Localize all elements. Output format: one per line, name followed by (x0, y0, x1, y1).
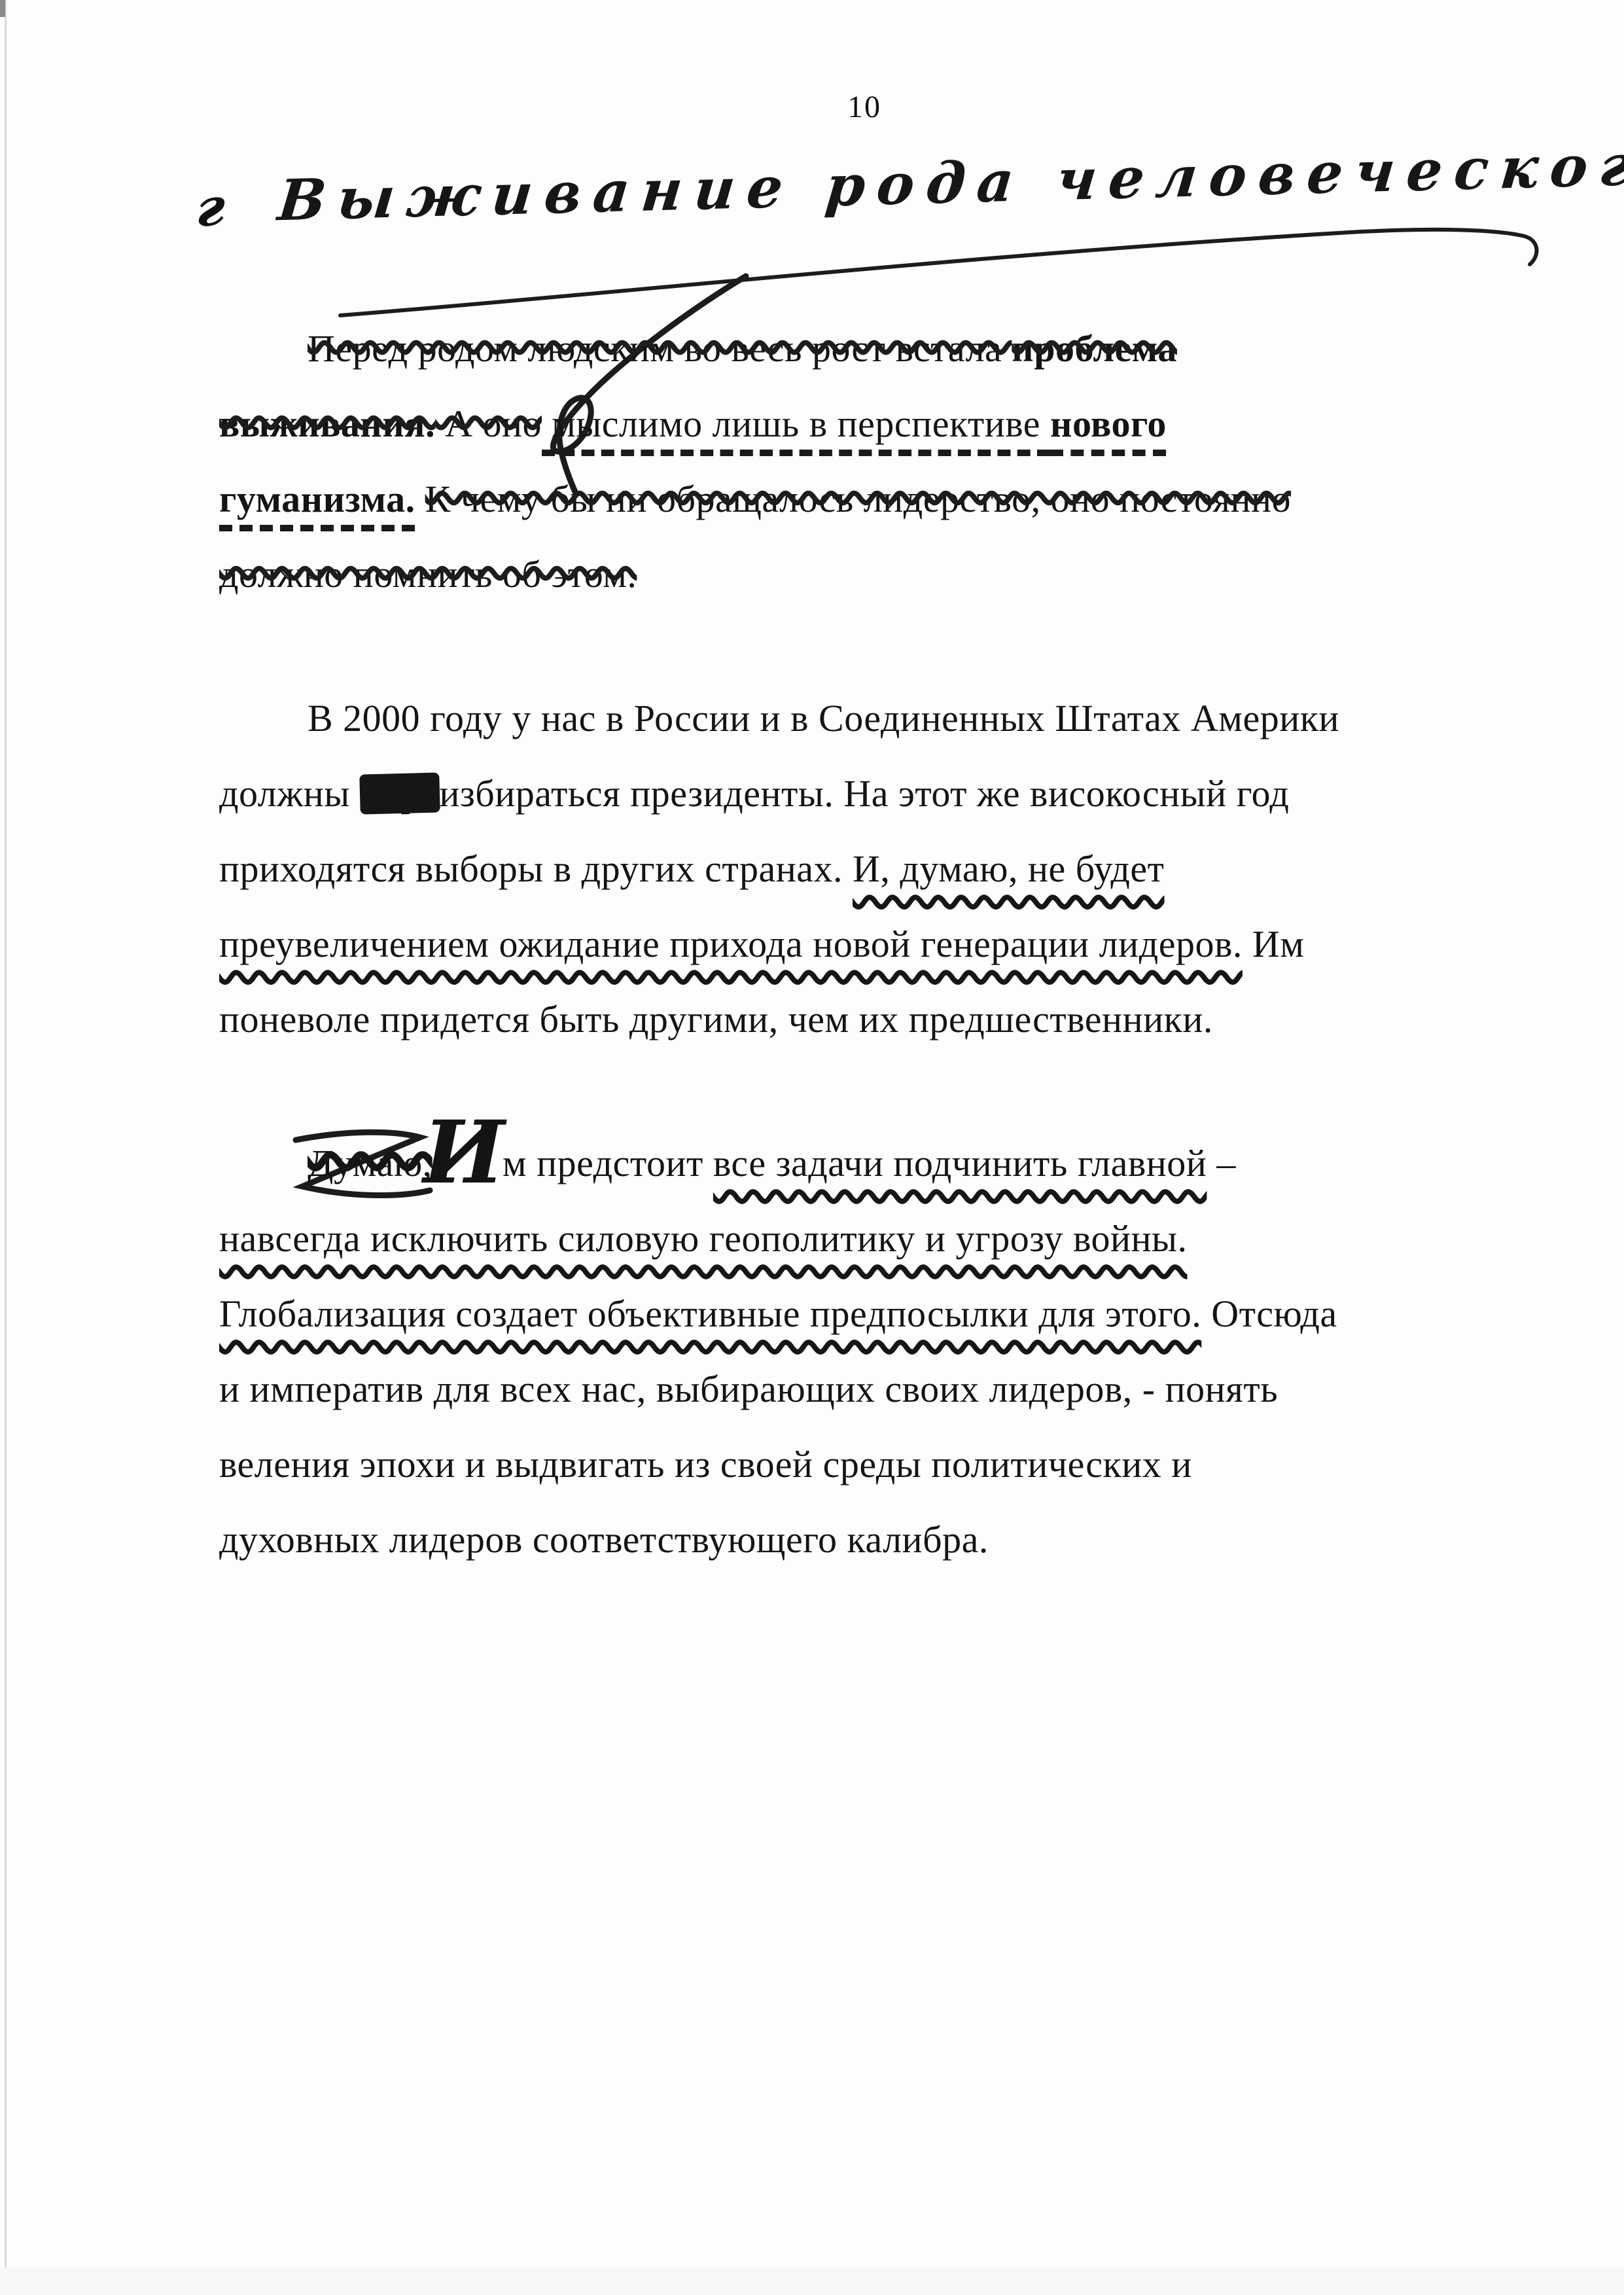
text-line: преувеличением ожидание прихода новой ге… (219, 906, 1547, 982)
scan-edge-line (5, 0, 7, 2295)
text-segment (415, 478, 425, 520)
text-segment: нового (1050, 402, 1167, 445)
text-segment: избираться президенты. На этот же високо… (439, 772, 1289, 815)
text-segment: веления эпохи и выдвигать из своей среды… (219, 1443, 1192, 1486)
text-line: Думаю,Им предстоит все задачи подчинить … (219, 1126, 1547, 1201)
text-segment: проблема (1012, 327, 1177, 370)
text-line: веления эпохи и выдвигать из своей среды… (219, 1427, 1547, 1502)
text-segment: И, думаю, не будет (853, 847, 1165, 890)
text-segment: В 2000 году у нас в России и в Соединенн… (308, 697, 1339, 739)
scanned-page: 10 г Выживание рода человеческого Перед … (0, 0, 1624, 2295)
text-segment: навсегда исключить силовую геополитику и… (219, 1217, 1188, 1260)
text-line: духовных лидеров соответствующего калибр… (219, 1502, 1547, 1577)
handwritten-title: Выживание рода человеческого (275, 131, 1624, 234)
text-segment: и императив для всех нас, выбирающих сво… (219, 1368, 1278, 1410)
scan-artifact-bottom (0, 2268, 1624, 2295)
text-segment: мыслимо лишь в перспективе (542, 402, 1050, 445)
text-line: приходятся выборы в других странах. И, д… (219, 831, 1547, 906)
paragraph-1: Перед родом людским во весь рост встала … (219, 311, 1547, 612)
paragraph-2: В 2000 году у нас в России и в Соединенн… (219, 681, 1547, 1057)
text-segment: преувеличением ожидание прихода новой ге… (219, 923, 1243, 965)
text-segment: духовных лидеров соответствующего калибр… (219, 1518, 989, 1561)
text-segment: приходятся выборы в других странах. (219, 847, 853, 890)
text-segment: должны (219, 772, 360, 815)
text-segment: – (1207, 1142, 1236, 1184)
text-segment: Глобализация создает объективные предпос… (219, 1292, 1201, 1335)
text-line: В 2000 году у нас в России и в Соединенн… (219, 681, 1547, 756)
text-line: должно помнить об этом. (219, 537, 1547, 612)
text-segment: гуманизма. (219, 478, 415, 520)
text-segment: А оно (435, 402, 542, 445)
text-line: и императив для всех нас, выбирающих сво… (219, 1351, 1547, 1427)
scribbled-out-text: пере (359, 772, 440, 814)
text-line: гуманизма. К чему бы ни обращалось лидер… (219, 461, 1547, 537)
text-segment: должно помнить об этом. (219, 553, 637, 596)
text-line: навсегда исключить силовую геополитику и… (219, 1201, 1547, 1276)
text-line: должны переизбираться президенты. На это… (219, 756, 1547, 831)
text-segment: м предстоит (503, 1142, 713, 1184)
text-segment: поневоле придется быть другими, чем их п… (219, 998, 1213, 1041)
text-segment: К чему бы ни обращалось лидерство, оно п… (425, 478, 1291, 520)
text-segment: выживания. (219, 402, 435, 445)
title-flourish-stroke (340, 230, 1536, 315)
handwritten-margin-mark: г (196, 176, 226, 239)
inserted-capital-letter: И (423, 1102, 505, 1203)
text-line: Глобализация создает объективные предпос… (219, 1276, 1547, 1351)
text-line: поневоле придется быть другими, чем их п… (219, 982, 1547, 1057)
page-number: 10 (847, 89, 881, 125)
text-segment: Отсюда (1201, 1292, 1337, 1335)
text-segment: Перед родом людским во весь рост встала (308, 327, 1012, 370)
paragraph-3: Думаю,Им предстоит все задачи подчинить … (219, 1126, 1547, 1577)
typewritten-text: Перед родом людским во весь рост встала … (219, 311, 1547, 1646)
text-line: выживания. А оно мыслимо лишь в перспект… (219, 386, 1547, 461)
scan-artifact-corner (0, 0, 5, 17)
text-segment: все задачи подчинить главной (713, 1142, 1207, 1184)
text-line: Перед родом людским во весь рост встала … (219, 311, 1547, 386)
text-segment: Им (1243, 923, 1305, 965)
text-segment: Думаю, (308, 1142, 432, 1184)
